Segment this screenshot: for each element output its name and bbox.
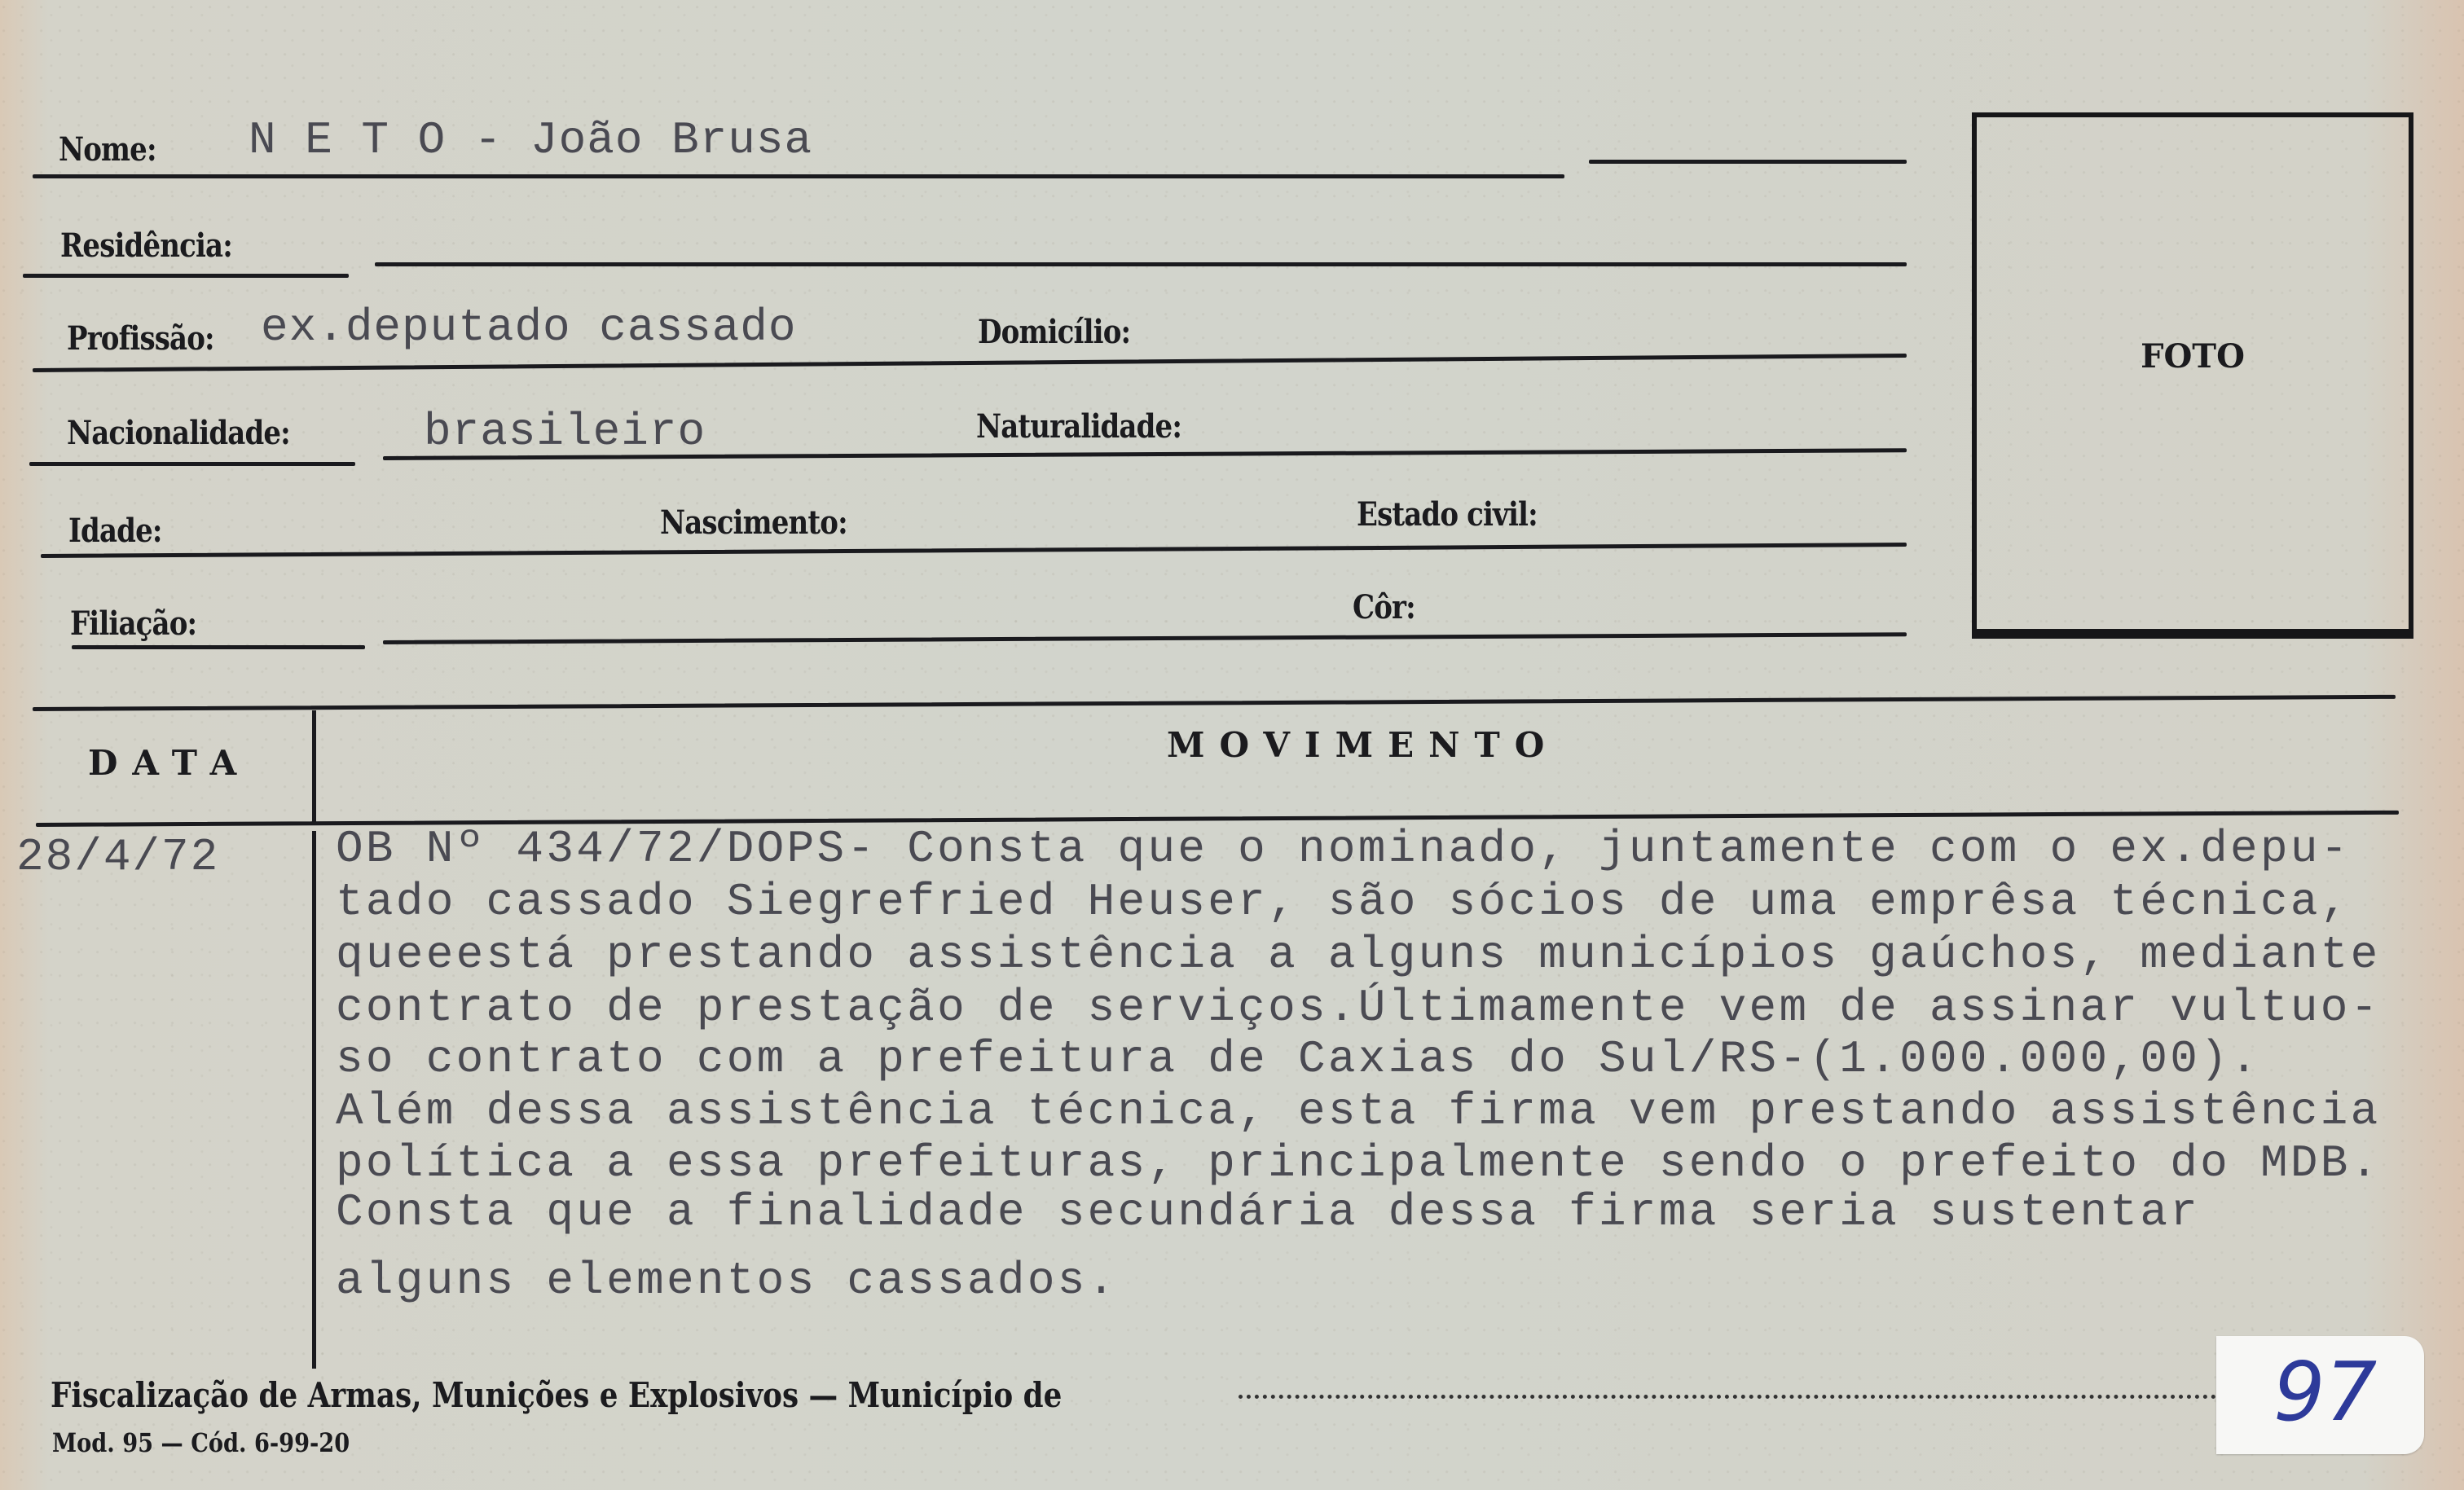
label-filiacao: Filiação:: [70, 604, 196, 643]
photo-box: FOTO: [1972, 112, 2413, 639]
table-header-divider: [312, 710, 316, 824]
rule-idade: [41, 543, 1907, 558]
rule-filiacao-1: [72, 645, 365, 649]
movement-line: política a essa prefeituras, principalme…: [336, 1137, 2381, 1189]
movement-line: OB Nº 434/72/DOPS- Consta que o nominado…: [336, 823, 2351, 875]
movement-line: alguns elementos cassados.: [336, 1255, 1118, 1307]
label-nome: Nome:: [59, 130, 156, 169]
movement-line: tado cassado Siegrefried Heuser, são sóc…: [336, 876, 2351, 928]
movement-line: contrato de prestação de serviços.Última…: [336, 982, 2381, 1034]
record-card: Nome: N E T O - João Brusa Residência: P…: [0, 0, 2464, 1490]
label-naturalidade: Naturalidade:: [976, 407, 1181, 446]
value-nome: N E T O - João Brusa: [249, 114, 812, 166]
rule-residencia-2: [375, 262, 1907, 266]
rule-nacionalidade-1: [29, 462, 355, 466]
footer-title: Fiscalização de Armas, Munições e Explos…: [51, 1375, 1062, 1415]
municipio-dotted-line: [1239, 1395, 2216, 1399]
photo-label: FOTO: [1977, 337, 2409, 376]
movement-line: so contrato com a prefeitura de Caxias d…: [336, 1033, 2260, 1085]
movement-line: Consta que a finalidade secundária dessa…: [336, 1186, 2200, 1238]
label-residencia: Residência:: [60, 226, 232, 265]
movement-line: queeestá prestando assistência a alguns …: [336, 929, 2381, 981]
rule-residencia-1: [23, 274, 349, 278]
label-profissao: Profissão:: [67, 319, 214, 358]
label-nascimento: Nascimento:: [660, 503, 847, 542]
label-idade: Idade:: [68, 512, 162, 550]
movement-line: Além dessa assistência técnica, esta fir…: [336, 1085, 2381, 1137]
rule-nome-2: [1589, 160, 1907, 164]
page-number-sticker: 97: [2216, 1336, 2424, 1454]
label-domicilio: Domicílio:: [978, 313, 1130, 351]
entry-date: 28/4/72: [16, 831, 219, 883]
header-movimento: MOVIMENTO: [1167, 725, 1559, 765]
header-data: DATA: [88, 743, 251, 783]
label-cor: Côr:: [1353, 588, 1415, 626]
value-profissao: ex.deputado cassado: [261, 301, 797, 354]
rule-nome: [33, 174, 1564, 178]
form-code: Mod. 95 — Cód. 6-99-20: [52, 1427, 350, 1458]
table-top-rule: [33, 695, 2396, 711]
page-number: 97: [2273, 1344, 2377, 1439]
label-nacionalidade: Nacionalidade:: [67, 414, 290, 452]
rule-filiacao-2: [383, 632, 1907, 644]
table-column-divider: [312, 831, 316, 1369]
value-nacionalidade: brasileiro: [424, 406, 706, 458]
rule-profissao: [33, 354, 1907, 372]
label-estado-civil: Estado civil:: [1357, 495, 1538, 534]
